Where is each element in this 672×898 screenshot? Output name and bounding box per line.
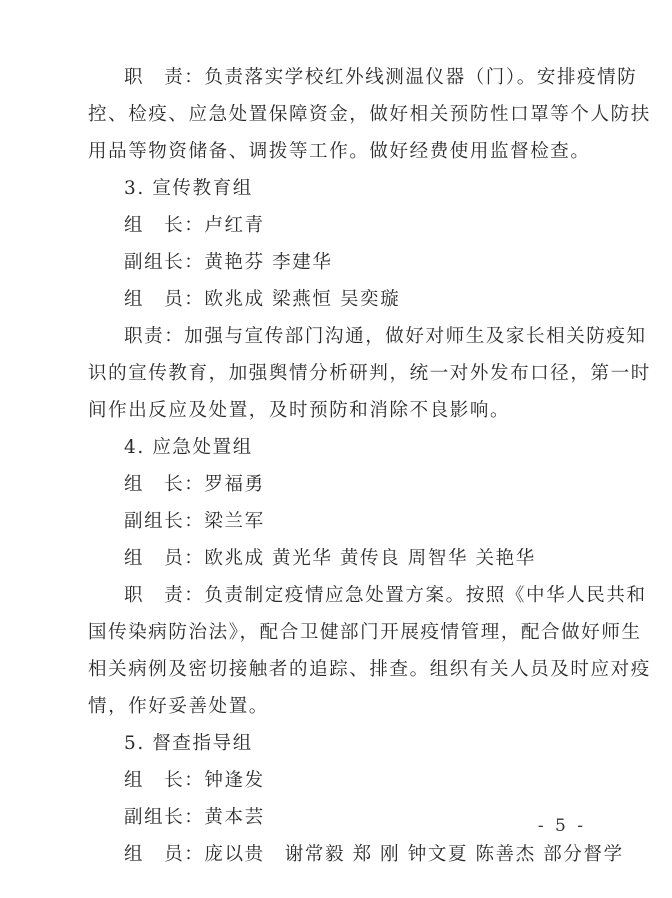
supervision-members: 组 员：庞以贵 谢常毅 郑 刚 钟文夏 陈善杰 部分督学 — [124, 843, 624, 867]
publicity-duty-line-3: 间作出反应及处置，及时预防和消除不良影响。 — [88, 399, 510, 423]
publicity-deputy-leader: 副组长：黄艳芬 李建华 — [124, 251, 332, 275]
emergency-duty-line-4: 情，作好妥善处置。 — [88, 695, 269, 719]
publicity-members: 组 员：欧兆成 梁燕恒 吴奕璇 — [124, 288, 400, 312]
duty-text-line-1: 职 责：负责落实学校红外线测温仪器（门）。安排疫情防 — [124, 66, 637, 90]
emergency-leader: 组 长：罗福勇 — [124, 473, 265, 497]
duty-text-line-3: 用品等物资储备、调拨等工作。做好经费使用监督检查。 — [88, 140, 591, 164]
publicity-leader: 组 长：卢红青 — [124, 214, 265, 238]
supervision-deputy-leader: 副组长：黄本芸 — [124, 806, 265, 830]
section-heading-publicity: 3. 宣传教育组 — [124, 177, 253, 201]
page-number: - 5 - — [538, 816, 586, 836]
section-heading-emergency: 4. 应急处置组 — [124, 436, 253, 460]
publicity-duty-line-1: 职责：加强与宣传部门沟通，做好对师生及家长相关防疫知 — [124, 325, 647, 349]
emergency-duty-line-1: 职 责：负责制定疫情应急处置方案。按照《中华人民共和 — [124, 584, 647, 608]
publicity-duty-line-2: 识的宣传教育，加强舆情分析研判，统一对外发布口径，第一时 — [88, 362, 651, 386]
emergency-duty-line-3: 相关病例及密切接触者的追踪、排查。组织有关人员及时应对疫 — [88, 658, 651, 682]
emergency-deputy-leader: 副组长：梁兰军 — [124, 510, 265, 534]
section-heading-supervision: 5. 督查指导组 — [124, 732, 253, 756]
emergency-duty-line-2: 国传染病防治法》，配合卫健部门开展疫情管理，配合做好师生 — [88, 621, 642, 645]
supervision-leader: 组 长：钟逢发 — [124, 769, 265, 793]
emergency-members: 组 员：欧兆成 黄光华 黄传良 周智华 关艳华 — [124, 547, 536, 571]
duty-text-line-2: 控、检疫、应急处置保障资金，做好相关预防性口罩等个人防扶 — [88, 103, 651, 127]
